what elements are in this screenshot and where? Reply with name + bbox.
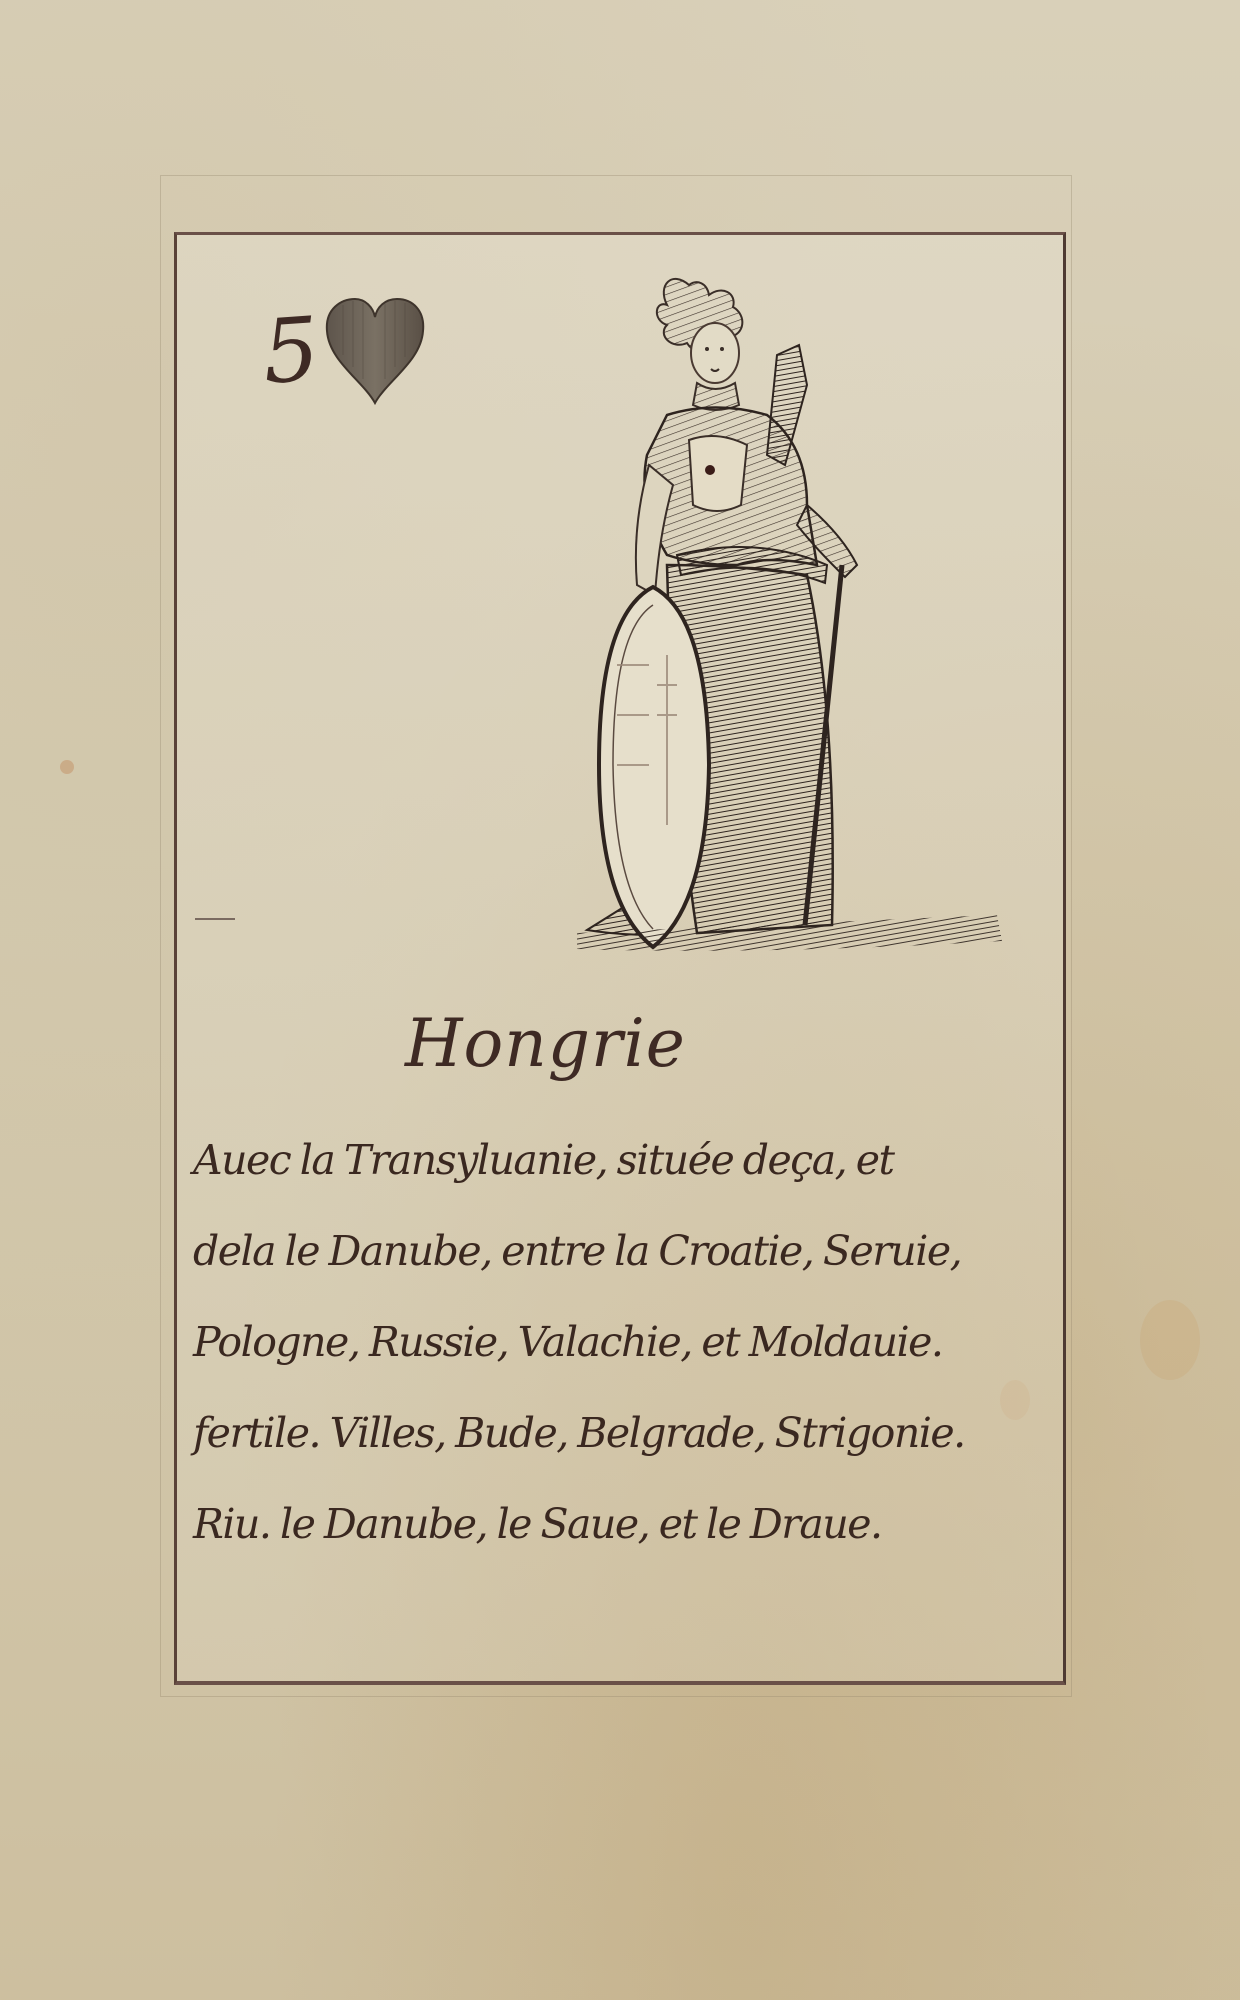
- paper-stain: [60, 760, 74, 774]
- paper-stain: [1140, 1300, 1200, 1380]
- ground-line: [195, 916, 235, 922]
- playing-card: 5: [174, 232, 1066, 1685]
- description-line: Riu. le Danube, le Saue, et le Draue.: [193, 1479, 1053, 1570]
- description-line: Auec la Transyluanie, située deça, et: [193, 1115, 1053, 1206]
- allegorical-figure-illustration: [337, 265, 1037, 965]
- description-line: fertile. Villes, Bude, Belgrade, Strigon…: [193, 1388, 1053, 1479]
- card-description: Auec la Transyluanie, située deça, et de…: [193, 1115, 1053, 1570]
- card-title: Hongrie: [405, 1005, 686, 1082]
- description-line: Pologne, Russie, Valachie, et Moldauie.: [193, 1297, 1053, 1388]
- card-rank: 5: [260, 305, 322, 397]
- description-line: dela le Danube, entre la Croatie, Seruie…: [193, 1206, 1053, 1297]
